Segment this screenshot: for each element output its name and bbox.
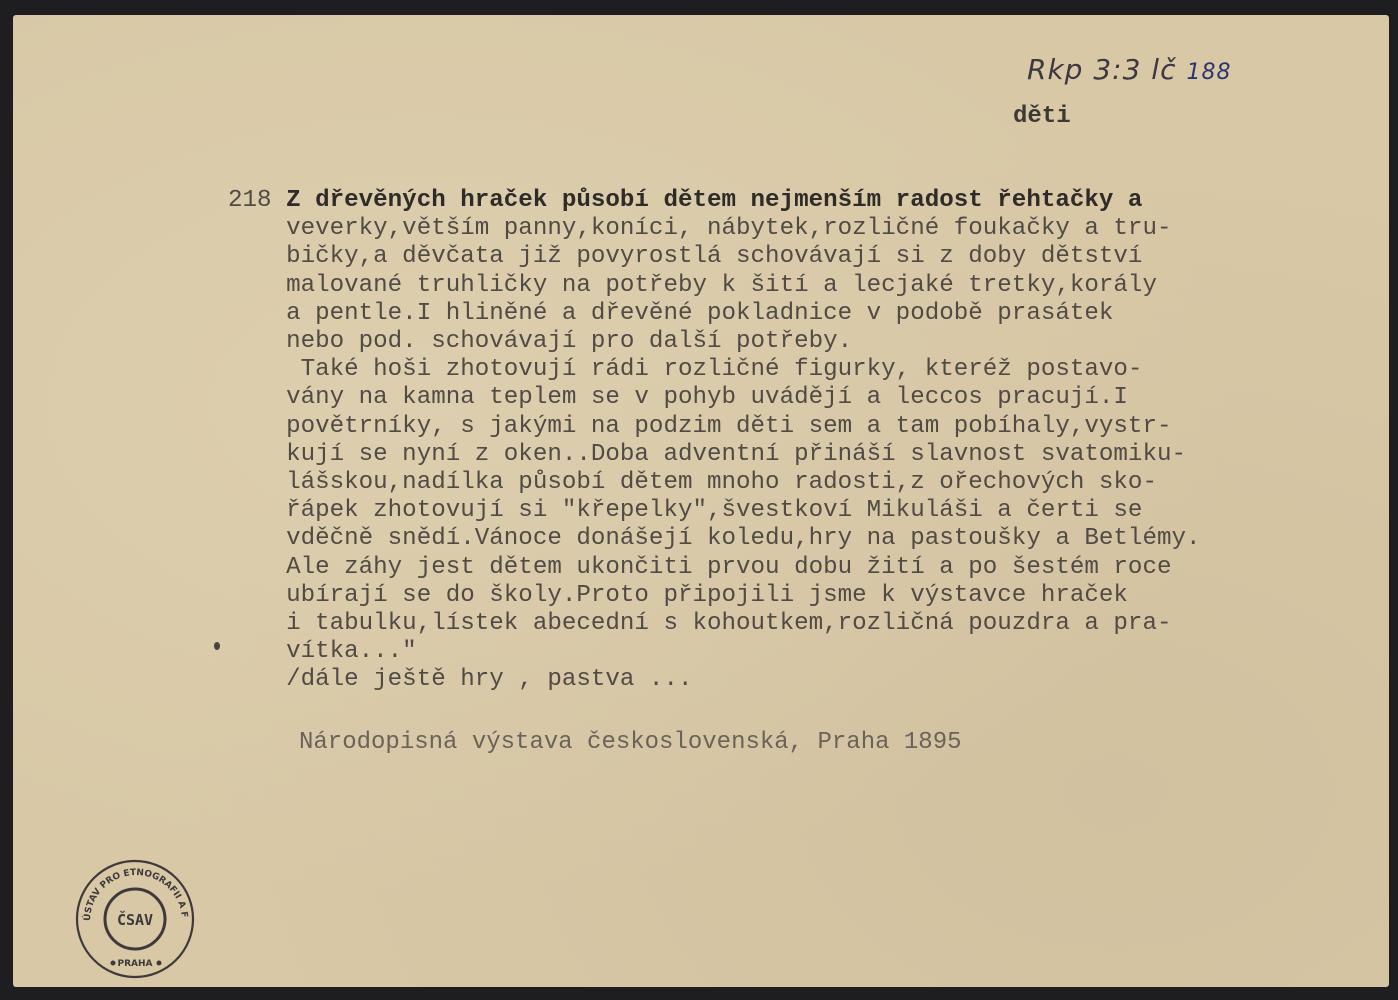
ink-mark [214, 642, 220, 650]
handwritten-number: 188 [1186, 60, 1231, 85]
line-16: i tabulku,lístek abecední s kohoutkem,ro… [286, 610, 1171, 637]
line-2: veverky,větším panny,koníci, nábytek,roz… [286, 215, 1171, 242]
line-12: řápek zhotovují si "křepelky",švestkoví … [286, 497, 1142, 524]
source-citation: Národopisná výstava československá, Prah… [299, 729, 962, 756]
subject-heading: děti [1013, 103, 1071, 130]
line-10: kují se nyní z oken..Doba adventní přiná… [286, 441, 1186, 468]
call-number-text: Rkp 3:3 lč [1027, 53, 1176, 86]
stamp-bottom-text: PRAHA [118, 959, 153, 969]
line-18: /dále ještě hry , pastva ... [286, 666, 692, 693]
stamp-center-text: ČSAV [117, 910, 153, 929]
line-5: a pentle.I hliněné a dřevěné pokladnice … [286, 300, 1113, 327]
line-14: Ale záhy jest dětem ukončiti prvou dobu … [286, 554, 1171, 581]
line-13: vděčně snědí.Vánoce donášejí koledu,hry … [286, 525, 1200, 552]
line-6: nebo pod. schovávají pro další potřeby. [286, 328, 852, 355]
line-17: vítka..." [286, 638, 417, 665]
line-4: malované truhličky na potřeby k šití a l… [286, 272, 1157, 299]
entry-number: 218 [228, 187, 272, 214]
institution-stamp-icon: ÚSTAV PRO ETNOGRAFII A FOLKLORISTIKU ČSA… [68, 853, 203, 983]
archive-index-card: Rkp 3:3 lč188 děti 218 Z dřevěných hrače… [13, 15, 1389, 987]
call-number: Rkp 3:3 lč188 [1027, 53, 1231, 86]
line-3: bičky,a děvčata již povyrostlá schovávaj… [286, 243, 1142, 270]
line-7: Také hoši zhotovují rádi rozličné figurk… [286, 356, 1142, 383]
line-11: lášskou,nadílka působí dětem mnoho rados… [286, 469, 1157, 496]
line-9: povětrníky, s jakými na podzim děti sem … [286, 413, 1171, 440]
line-8: vány na kamna teplem se v pohyb uvádějí … [286, 384, 1128, 411]
line-1: Z dřevěných hraček působí dětem nejmenší… [286, 187, 1142, 214]
card-body: 218 Z dřevěných hraček působí dětem nejm… [228, 187, 1201, 695]
line-15: ubírají se do školy.Proto připojili jsme… [286, 582, 1128, 609]
